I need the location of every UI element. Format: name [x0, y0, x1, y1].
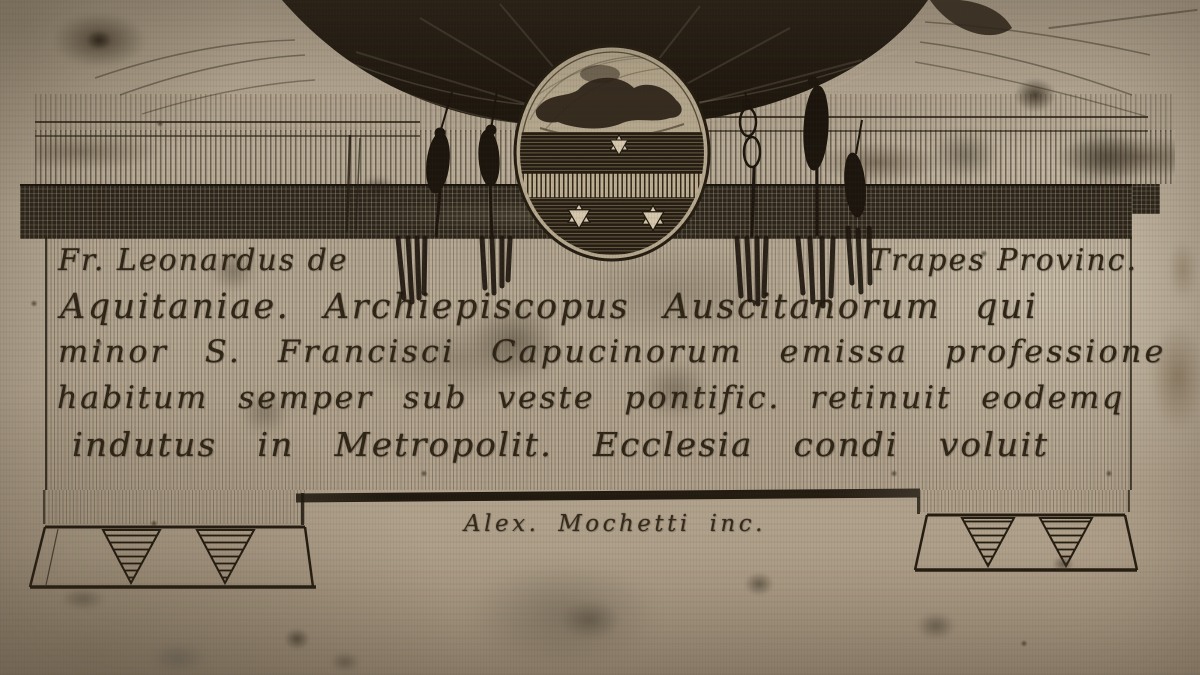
plinth-ledge-left: [43, 490, 307, 524]
foxing-spot: [1105, 470, 1113, 477]
smudge: [1060, 128, 1150, 188]
plinth-ledge-right: [920, 490, 1130, 512]
foxing-spot: [1150, 322, 1200, 432]
smudge: [470, 300, 560, 380]
crosshatched-frieze-band: [20, 184, 1132, 239]
smudge: [930, 130, 1000, 180]
foxing-spot: [60, 588, 106, 610]
foxing-spot: [916, 612, 956, 640]
foxing-spot: [980, 250, 988, 257]
inscription-line-5: indutus in Metropolit. Ecclesia condi vo…: [72, 425, 1049, 464]
frieze-right-step: [1132, 184, 1160, 214]
foxing-spot: [560, 600, 620, 640]
foxing-spot: [1052, 556, 1074, 572]
foxing-spot: [744, 572, 774, 596]
engraver-signature: Alex. Mochetti inc.: [430, 511, 800, 537]
foxing-spot: [150, 520, 158, 527]
foxing-spot: [156, 120, 164, 127]
foxing-spot: [330, 652, 360, 672]
foxing-spot: [284, 628, 310, 650]
tablet-step-edge-left: [301, 493, 304, 525]
inscription-line-1-right: Trapes Provinc.: [869, 243, 1138, 278]
foxing-spot: [1014, 78, 1056, 112]
foxing-spot: [1168, 240, 1198, 300]
paper-scratch: [1048, 9, 1197, 29]
photo-antique-engraving: Fr. Leonardus de Trapes Provinc. Aquitan…: [0, 0, 1200, 675]
foxing-spot: [30, 300, 38, 307]
smudge: [240, 390, 290, 435]
molding-line-right: [700, 116, 1148, 132]
dentil-foot-left: [30, 527, 316, 587]
dentil-foot-right: [915, 515, 1137, 570]
foxing-spot: [95, 340, 103, 347]
inscription-line-3: minor S. Francisci Capucinorum emissa pr…: [58, 334, 1166, 370]
smudge: [360, 176, 396, 198]
inscription-line-4: habitum semper sub veste pontific. retin…: [57, 380, 1125, 416]
architrave-lower-band: [35, 130, 1175, 184]
signature-tablet-bar: [296, 489, 920, 503]
smudge: [640, 360, 710, 420]
foxing-spot: [86, 30, 112, 50]
foxing-spot: [420, 470, 428, 477]
foxing-spot: [1020, 640, 1028, 647]
foxing-spot: [890, 470, 898, 477]
molding-line-left: [35, 121, 420, 137]
foxing-spot: [148, 642, 208, 675]
inscription-line-1-left: Fr. Leonardus de: [58, 243, 349, 278]
smudge: [210, 250, 256, 292]
tablet-step-edge-right: [917, 497, 920, 514]
